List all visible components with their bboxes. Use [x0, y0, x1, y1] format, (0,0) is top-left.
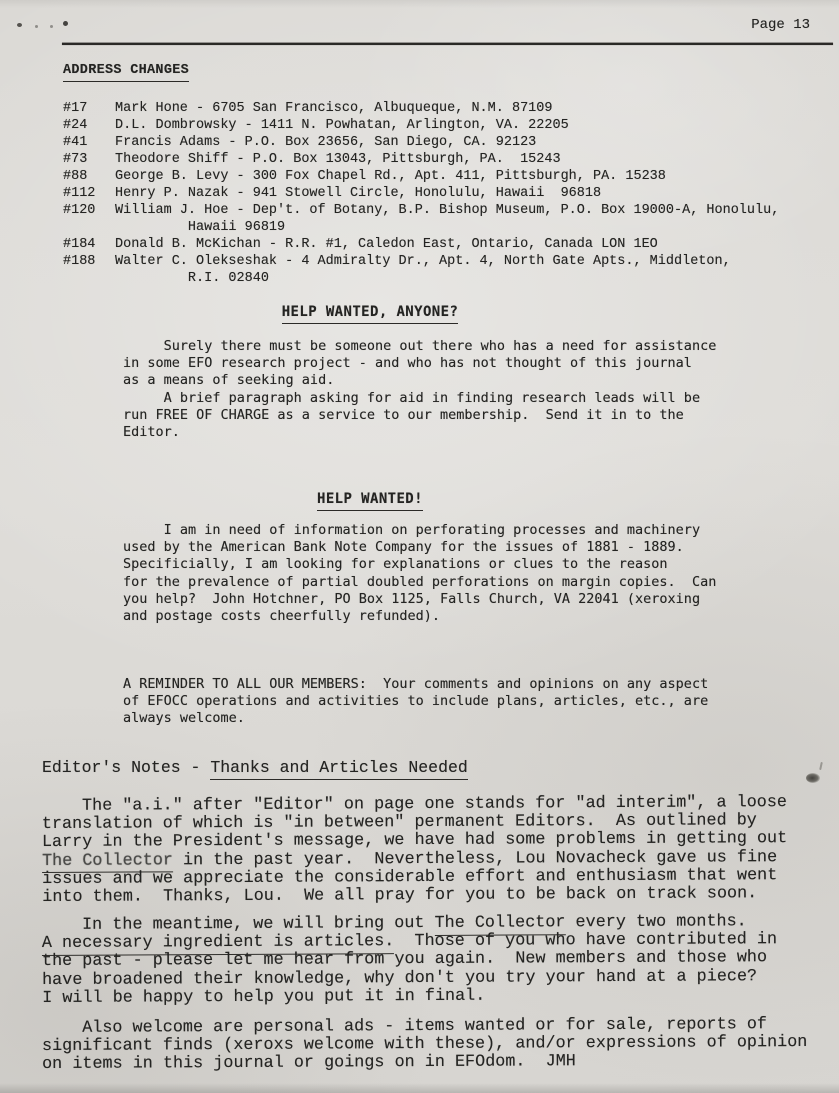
member-address: Theodore Shiff - P.O. Box 13043, Pittsbu…: [115, 151, 561, 168]
help-wanted-paragraph: I am in need of information on perforati…: [123, 522, 716, 625]
ink-speck: [50, 25, 53, 28]
ink-blob: [806, 773, 820, 783]
member-address: D.L. Dombrowsky - 1411 N. Powhatan, Arli…: [115, 117, 569, 134]
page-number: Page 13: [751, 17, 810, 33]
member-address: Mark Hone - 6705 San Francisco, Albuqueq…: [115, 100, 552, 117]
address-row: #120 William J. Hoe - Dep't. of Botany, …: [63, 202, 779, 236]
member-address: Donald B. McKichan - R.R. #1, Caledon Ea…: [115, 236, 658, 253]
help-wanted-anyone-heading-row: HELP WANTED, ANYONE?: [0, 304, 740, 320]
address-list: #17 Mark Hone - 6705 San Francisco, Albu…: [63, 100, 779, 287]
member-address: William J. Hoe - Dep't. of Botany, B.P. …: [115, 202, 779, 236]
paragraph-text: The "a.i." after "Editor" on page one st…: [42, 793, 787, 852]
ink-speck: [63, 21, 68, 26]
editors-notes-heading-title: Thanks and Articles Needed: [210, 758, 467, 780]
member-address: George B. Levy - 300 Fox Chapel Rd., Apt…: [115, 168, 666, 185]
address-row: #112 Henry P. Nazak - 941 Stowell Circle…: [63, 185, 779, 202]
member-number: #17: [63, 100, 115, 117]
address-row: #88 George B. Levy - 300 Fox Chapel Rd.,…: [63, 168, 779, 185]
editors-notes-paragraph-2: In the meantime, we will bring out The C…: [42, 913, 778, 1008]
member-number: #120: [63, 202, 115, 236]
member-address: Francis Adams - P.O. Box 23656, San Dieg…: [115, 134, 536, 151]
help-wanted-heading-row: HELP WANTED!: [0, 491, 740, 507]
scanned-newsletter-page: Page 13 ADDRESS CHANGES #17 Mark Hone - …: [0, 0, 839, 1093]
header-rule: [62, 43, 833, 45]
member-number: #24: [63, 117, 115, 134]
member-address: Henry P. Nazak - 941 Stowell Circle, Hon…: [115, 185, 601, 202]
ink-blob-tail: [819, 762, 823, 770]
help-wanted-heading: HELP WANTED!: [317, 491, 423, 511]
member-number: #88: [63, 168, 115, 185]
member-number: #188: [63, 253, 115, 287]
address-changes-heading: ADDRESS CHANGES: [63, 62, 189, 82]
address-changes-section: ADDRESS CHANGES #17 Mark Hone - 6705 San…: [63, 62, 779, 287]
help-wanted-anyone-paragraph: Surely there must be someone out there w…: [123, 338, 716, 441]
member-number: #184: [63, 236, 115, 253]
member-number: #73: [63, 151, 115, 168]
address-row: #188 Walter C. Olekseshak - 4 Admiralty …: [63, 253, 779, 287]
reminder-paragraph: A REMINDER TO ALL OUR MEMBERS: Your comm…: [123, 676, 708, 728]
editors-notes-paragraph-3: Also welcome are personal ads - items wa…: [42, 1016, 808, 1075]
address-row: #17 Mark Hone - 6705 San Francisco, Albu…: [63, 100, 779, 117]
ink-speck: [35, 25, 38, 28]
paragraph-text: every two months.: [565, 912, 746, 932]
editors-notes-heading-prefix: Editor's Notes -: [42, 758, 210, 777]
address-row: #24 D.L. Dombrowsky - 1411 N. Powhatan, …: [63, 117, 779, 134]
editors-notes-paragraph-1: The "a.i." after "Editor" on page one st…: [42, 794, 788, 907]
member-number: #112: [63, 185, 115, 202]
address-row: #184 Donald B. McKichan - R.R. #1, Caled…: [63, 236, 779, 253]
ink-speck: [17, 23, 22, 27]
member-number: #41: [63, 134, 115, 151]
help-wanted-anyone-heading: HELP WANTED, ANYONE?: [282, 304, 459, 324]
address-row: #73 Theodore Shiff - P.O. Box 13043, Pit…: [63, 151, 779, 168]
editors-notes-heading: Editor's Notes - Thanks and Articles Nee…: [42, 759, 468, 777]
address-row: #41 Francis Adams - P.O. Box 23656, San …: [63, 134, 779, 151]
member-address: Walter C. Olekseshak - 4 Admiralty Dr., …: [115, 253, 731, 287]
